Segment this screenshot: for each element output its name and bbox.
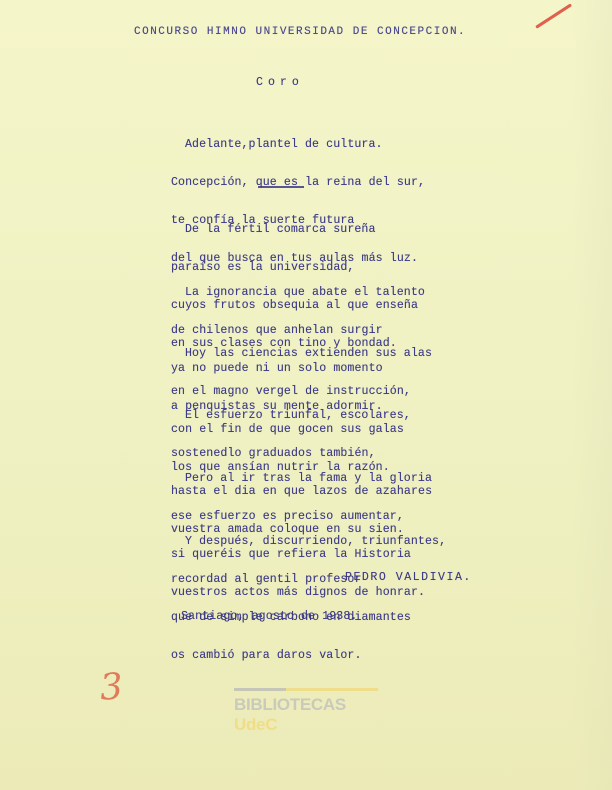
verse-line: Adelante,plantel de cultura. <box>171 139 425 152</box>
verse-line: De la fértil comarca sureña <box>171 224 418 237</box>
verse-line: Pero al ir tras la fama y la gloria <box>171 473 432 486</box>
watermark-text: BIBLIOTECAS UdeC <box>234 695 378 735</box>
red-pencil-mark <box>535 3 572 28</box>
watermark-secondary: UdeC <box>234 715 277 734</box>
verse-line: os cambió para daros valor. <box>171 650 446 663</box>
stanza-6: Y después, discurriendo, triunfantes, re… <box>171 511 446 687</box>
verse-line: Hoy las ciencias extienden sus alas <box>171 348 432 361</box>
library-watermark: BIBLIOTECAS UdeC <box>234 688 378 735</box>
watermark-bar <box>234 688 378 691</box>
verse-line: El esfuerzo triunfal, escolares, <box>171 410 432 423</box>
author-signature: PEDRO VALDIVIA. <box>345 572 472 585</box>
document-page: CONCURSO HIMNO UNIVERSIDAD DE CONCEPCION… <box>0 0 612 790</box>
document-title: CONCURSO HIMNO UNIVERSIDAD DE CONCEPCION… <box>134 26 466 39</box>
verse-line: Y después, discurriendo, triunfantes, <box>171 536 446 549</box>
chorus-heading: Coro <box>256 77 304 90</box>
watermark-primary: BIBLIOTECAS <box>234 695 346 714</box>
handwritten-page-number: 3 <box>99 667 125 709</box>
section-divider <box>258 186 304 188</box>
verse-line: La ignorancia que abate el talento <box>171 287 425 300</box>
place-date: Santiago, agosto de 1938. <box>181 611 357 624</box>
